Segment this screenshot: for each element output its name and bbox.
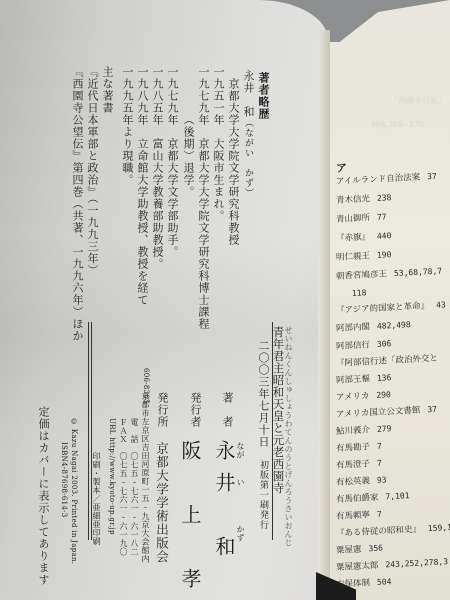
index-term: 明仁親王 [336,251,370,263]
edition: 初版第一刷発行 [258,460,268,530]
colophon-rule-left-1 [88,322,89,540]
index-term: 安保体制 [336,578,370,590]
index-pages: 238 [377,193,392,203]
page-edge [318,30,330,600]
works-heading: 主な著書 [102,66,113,114]
bio-career-2b: （後期）退学。 [183,114,194,198]
index-pages: 37 [427,172,437,181]
index-pages: 93 [377,475,387,484]
career-year: 一九七九年 [166,66,179,126]
bleed-through-text: 『西園寺日記』 …… [390,95,450,106]
isbn: ISBN4-87698-614-3 [60,442,67,518]
index-term: 有馬頼寧 [336,510,370,522]
publisher-person: 阪 上 孝 [180,440,200,600]
index-pages: 440 [377,231,392,241]
index-term: 鮎川義介 [336,425,370,437]
career-text: 京都大学大学院文学研究科博士課程 [197,138,210,330]
index-term: 阿部信行 [336,340,370,352]
index-pages: 306 [377,339,392,349]
career-text: 京都大学文学部助手。 [166,138,179,258]
index-pages: 37 [427,405,437,414]
career-text: 立命館大学助教授、教授を経て [136,138,149,306]
index-pages: 243,252,278,3 [385,557,448,569]
publisher-url: URL http://www.kyoto-up.gr.jp [108,418,115,535]
publication-date: 二〇〇三年七月十日 [257,340,270,448]
index-pages: 356 [368,544,383,554]
book-title: 青年君主昭和天皇と元老西園寺 [272,326,284,494]
bio-name-reading: （ながい かず） [243,118,253,198]
author-name: 永井 和 [214,440,234,568]
index-pages: 7 [377,510,382,519]
index-pages: 7 [377,459,382,468]
bio-author-name: 永井 和（ながい かず） [243,70,254,198]
publisher-address: 京都市左京区吉田河原町一五-九京大会館内 [141,392,149,563]
index-pages: 482,498 [377,320,411,331]
publisher-label: 発行所 [157,392,168,428]
career-year: 一九七九年 [197,66,210,126]
price-note: 定価はカバーに表示してあります [38,406,49,586]
index-term: 阿部王樞 [336,374,370,386]
index-pages: 7,101 [385,491,410,501]
publisher-fax: ＦＡＸ 〇七五-七六一-六一九〇 [119,418,127,556]
index-term: 青山御所 [336,213,370,225]
publisher-phone: 電 話 〇七五-七六一-六一八二 [130,418,138,556]
bio-position: 京都大学大学院文学研究科教授 [228,78,239,246]
bio-career-1: 一九五一年 大阪市生まれ。 [213,66,224,222]
index-term: 有馬勘子 [336,442,370,454]
index-pages: 7 [377,442,382,451]
index-pages: 159,1 [428,523,450,533]
bio-career-3: 一九七九年 京都大学文学部助手。 [167,66,178,258]
index-pages: 190 [377,250,392,260]
index-term: アメリカ [336,391,370,403]
bio-career-4: 一九八五年 富山大学教養部助教授。 [152,66,163,270]
index-entry: 粟屋憲356 [336,542,384,556]
bio-career-2: 一九七九年 京都大学大学院文学研究科博士課程 [198,66,209,330]
index-term: 粟屋憲 [336,545,362,556]
publisher-name: 京都大学学術出版会 [155,442,168,564]
bio-heading: 著者略歴 [258,72,269,120]
author-label: 著 者 [222,392,233,428]
index-term: 青木信光 [336,194,370,206]
career-text: 大阪市生まれ。 [212,138,225,222]
index-pages: 136 [377,373,392,383]
career-text: 富山大学教養部助教授。 [151,138,164,270]
index-term: 有馬澄子 [336,459,370,471]
author-ruby-1: なが [236,442,244,459]
career-year: 一九八五年 [151,66,164,126]
author-ruby-3: かず [236,525,244,542]
bio-career-6: 一九九五年より現職。 [122,66,133,186]
colophon-rule-left-2 [91,322,92,540]
career-year: 一九五一年 [212,66,225,126]
index-pages: 290 [376,390,391,400]
bio-name-text: 永井 和 [242,70,255,118]
index-term: 阿部内閣 [336,322,370,334]
index-pages: 279 [377,424,392,434]
career-year: 一九八九年 [136,66,149,126]
index-term: 『赤旗』 [336,232,370,244]
author-ruby-2: い [236,478,244,487]
bio-career-5: 一九八九年 立命館大学助教授、教授を経て [137,66,148,306]
works-item-1: 『近代日本軍部と政治』（一九九三年） [87,66,98,277]
colophon-date: 二〇〇三年七月十日 初版第一刷発行 [258,340,269,530]
works-item-2: 『西園寺公望伝』第四巻（共著、一九九六年）ほか [72,66,83,342]
index-pages: 504 [377,577,392,587]
index-pages: 77 [377,212,387,221]
index-term: 有松英義 [336,476,370,488]
index-pages: 53,68,78,7 [394,266,443,278]
publisher-person-label: 発行者 [190,392,201,428]
index-entry-continued: 118 [352,288,367,299]
index-entry: 有馬勘子7 [336,440,382,454]
index-pages: 118 [352,288,367,298]
index-entry: 有馬頼寧7 [336,508,382,522]
index-pages: 43 [436,300,446,309]
bleed-through-text: 366,368--370 [370,120,424,129]
index-entry: 有馬澄子7 [336,457,382,471]
copyright: © Kazu Nagai 2003. Printed in Japan. [70,418,77,564]
printer: 印刷・製本／亜細亜印刷 [92,452,100,546]
